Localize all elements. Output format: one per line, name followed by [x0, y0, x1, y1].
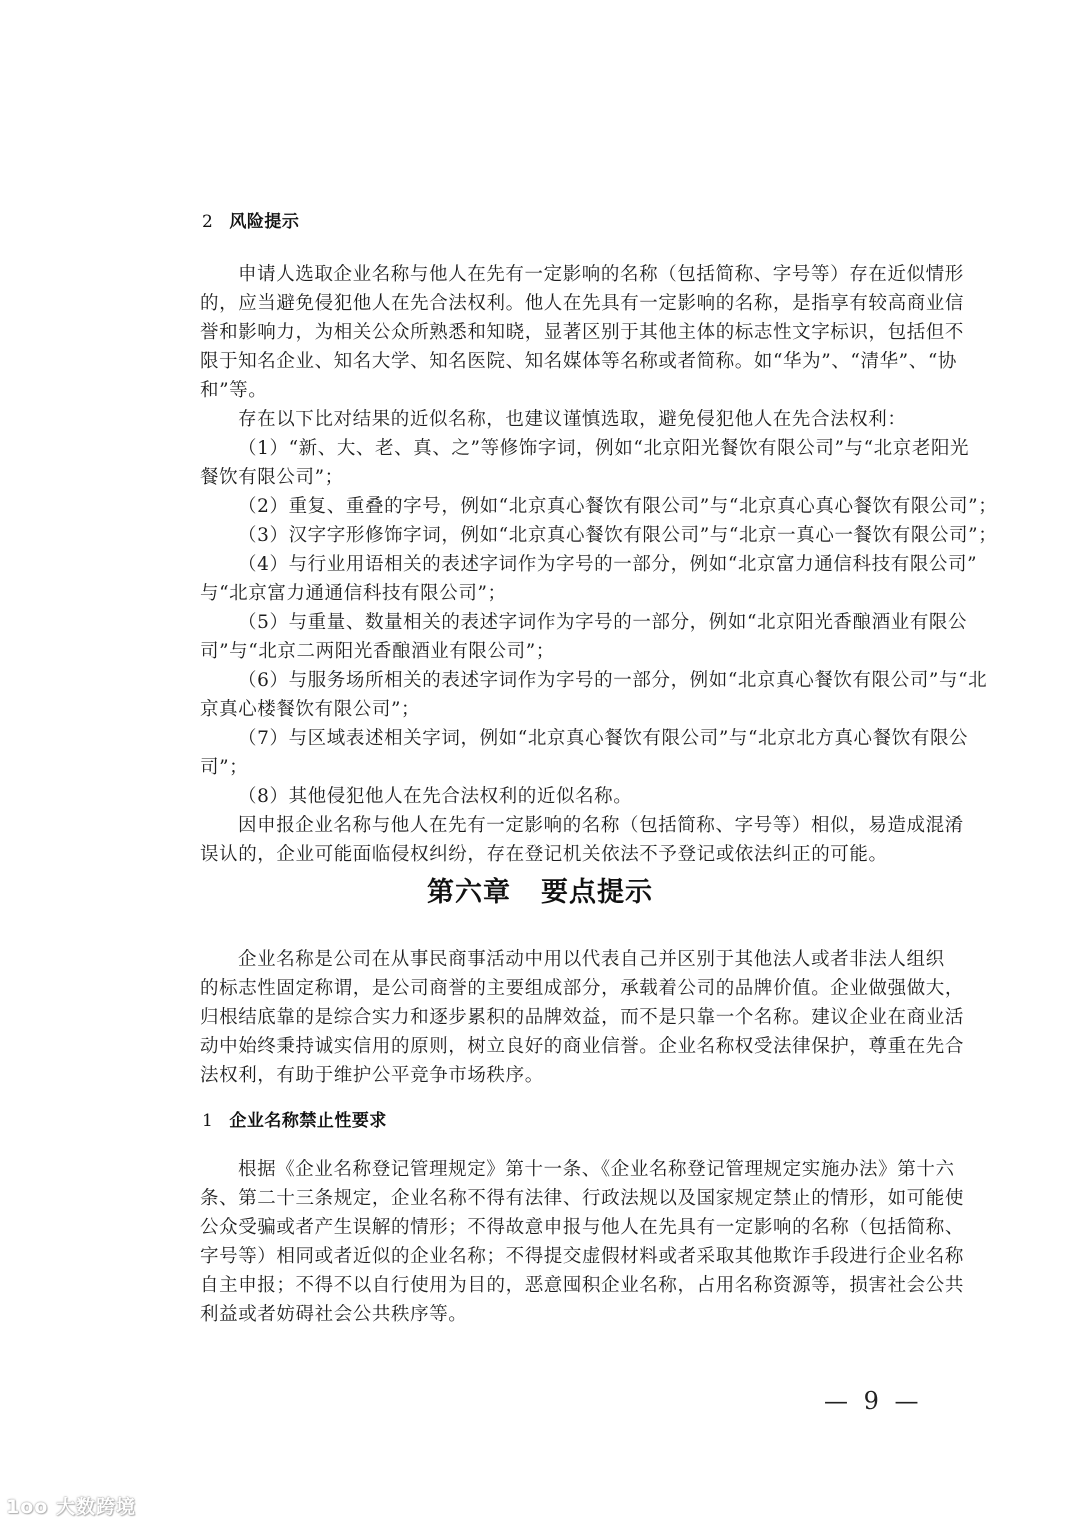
text-line: 误认的，企业可能面临侵权纠纷，存在登记机关依法不予登记或依法纠正的可能。: [200, 841, 920, 869]
text-line: 条、第二十三条规定，企业名称不得有法律、行政法规以及国家规定禁止的情形，如可能使: [200, 1185, 920, 1213]
text-line: 誉和影响力，为相关公众所熟悉和知晓，显著区别于其他主体的标志性文字标识，包括但不: [200, 319, 920, 347]
text-line: 京真心楼餐饮有限公司”；: [200, 696, 920, 724]
text-line: 的，应当避免侵犯他人在先合法权利。他人在先具有一定影响的名称，是指享有较高商业信: [200, 290, 920, 318]
section-heading-risk: 2风险提示: [202, 207, 299, 232]
chapter-name: 要点提示: [541, 877, 653, 908]
text-line: 动中始终秉持诚实信用的原则，树立良好的商业信誉。企业名称权受法律保护，尊重在先合: [200, 1033, 920, 1061]
text-line: 的标志性固定称谓，是公司商誉的主要组成部分，承载着公司的品牌价值。企业做强做大，: [200, 975, 920, 1003]
list-item: （7）与区域表述相关字词，例如“北京真心餐饮有限公司”与“北京北方真心餐饮有限公: [238, 725, 920, 753]
text-line: 存在以下比对结果的近似名称，也建议谨慎选取，避免侵犯他人在先合法权利：: [238, 406, 920, 434]
list-item: （3）汉字字形修饰字词，例如“北京真心餐饮有限公司”与“北京一真心一餐饮有限公司…: [238, 522, 920, 550]
text-line: 企业名称是公司在从事民商事活动中用以代表自己并区别于其他法人或者非法人组织: [238, 946, 920, 974]
document-page: 2风险提示 申请人选取企业名称与他人在先有一定影响的名称（包括简称、字号等）存在…: [0, 0, 1080, 1527]
text-line: 司”；: [200, 754, 920, 782]
list-item: （8）其他侵犯他人在先合法权利的近似名称。: [238, 783, 920, 811]
text-line: 归根结底靠的是综合实力和逐步累积的品牌效益，而不是只靠一个名称。建议企业在商业活: [200, 1004, 920, 1032]
watermark-logo: 1oo 大数跨境: [6, 1492, 136, 1519]
page-number: — 9 —: [824, 1387, 923, 1415]
section-number: 2: [202, 212, 213, 232]
text-line: 根据《企业名称登记管理规定》第十一条、《企业名称登记管理规定实施办法》第十六: [238, 1156, 920, 1184]
section-title: 企业名称禁止性要求: [229, 1111, 387, 1131]
text-line: 餐饮有限公司”；: [200, 464, 920, 492]
list-item: （6）与服务场所相关的表述字词作为字号的一部分，例如“北京真心餐饮有限公司”与“…: [238, 667, 920, 695]
section-heading-prohibit: 1企业名称禁止性要求: [202, 1106, 387, 1131]
list-item: （1）“新、大、老、真、之”等修饰字词，例如“北京阳光餐饮有限公司”与“北京老阳…: [238, 435, 920, 463]
text-line: 和”等。: [200, 377, 920, 405]
section-number: 1: [202, 1111, 213, 1131]
text-line: 司”与“北京二两阳光香酿酒业有限公司”；: [200, 638, 920, 666]
text-line: 公众受骗或者产生误解的情形；不得故意申报与他人在先具有一定影响的名称（包括简称、: [200, 1214, 920, 1242]
text-line: 限于知名企业、知名大学、知名医院、知名媒体等名称或者简称。如“华为”、“清华”、…: [200, 348, 920, 376]
list-item: （2）重复、重叠的字号，例如“北京真心餐饮有限公司”与“北京真心真心餐饮有限公司…: [238, 493, 920, 521]
text-line: 自主申报；不得不以自行使用为目的，恶意囤积企业名称，占用名称资源等，损害社会公共: [200, 1272, 920, 1300]
chapter-title: 第六章要点提示: [0, 870, 1080, 909]
text-line: 与“北京富力通通信科技有限公司”；: [200, 580, 920, 608]
list-item: （4）与行业用语相关的表述字词作为字号的一部分，例如“北京富力通信科技有限公司”: [238, 551, 920, 579]
text-line: 字号等）相同或者近似的企业名称；不得提交虚假材料或者采取其他欺诈手段进行企业名称: [200, 1243, 920, 1271]
section-title: 风险提示: [229, 212, 299, 232]
text-line: 因申报企业名称与他人在先有一定影响的名称（包括简称、字号等）相似，易造成混淆: [238, 812, 920, 840]
list-item: （5）与重量、数量相关的表述字词作为字号的一部分，例如“北京阳光香酿酒业有限公: [238, 609, 920, 637]
text-line: 申请人选取企业名称与他人在先有一定影响的名称（包括简称、字号等）存在近似情形: [238, 261, 920, 289]
text-line: 利益或者妨碍社会公共秩序等。: [200, 1301, 920, 1329]
text-line: 法权利，有助于维护公平竞争市场秩序。: [200, 1062, 920, 1090]
chapter-number: 第六章: [427, 877, 511, 908]
